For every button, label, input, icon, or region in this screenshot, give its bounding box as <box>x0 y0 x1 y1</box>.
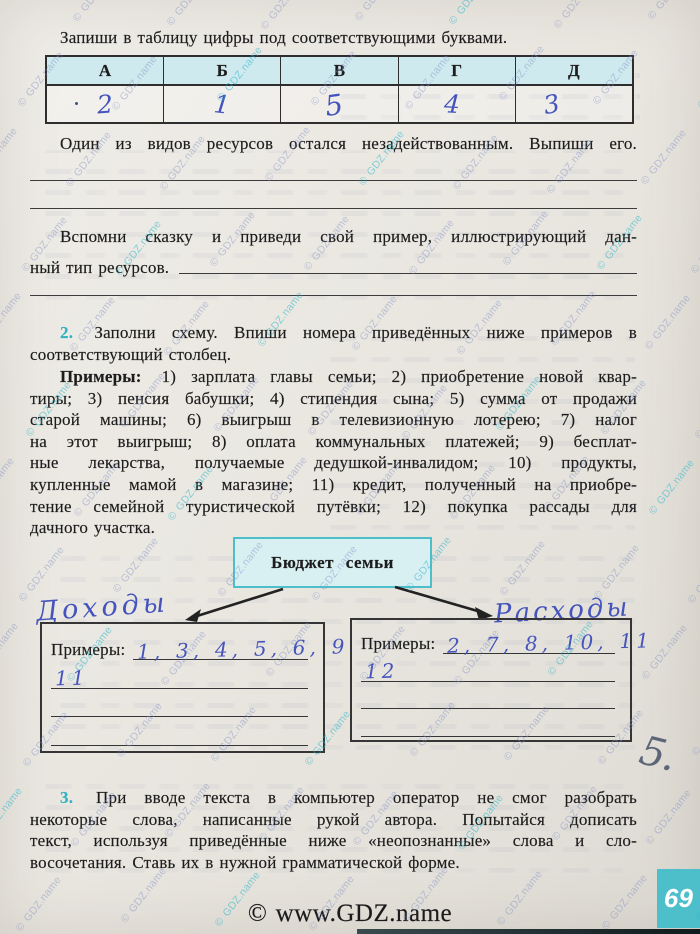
examples-text: 1) зарплата главы семьи; 2) приобретение… <box>162 367 637 386</box>
watermark-text: © GDZ.name <box>498 538 548 598</box>
scheme-root-label: Бюджет семьи <box>271 553 394 573</box>
task1-prompt-text: Запиши в таблицу цифры под соответствующ… <box>60 28 507 47</box>
watermark-text: © GDZ.name <box>696 51 700 111</box>
task1-prompt2: Один из видов ресурсов остался незадейст… <box>30 133 637 155</box>
task2-number: 2. <box>60 323 73 342</box>
task3: 3. При вводе текста в компьютер оператор… <box>30 787 637 873</box>
task3-line2: некоторые слова, написанные рукой автора… <box>30 809 637 831</box>
answer-blank-line <box>30 295 637 296</box>
answer-table-answer-cell: 5 <box>280 86 397 122</box>
income-examples-label: Примеры: <box>51 640 125 660</box>
answer-blank-line: 11 <box>51 688 308 689</box>
task2-intro-line1: 2. Заполни схему. Впиши номера приведённ… <box>30 322 637 344</box>
page-number: 69 <box>664 883 693 914</box>
task3-line1: 3. При вводе текста в компьютер оператор… <box>30 787 637 809</box>
task1-prompt: Запиши в таблицу цифры под соответствующ… <box>30 28 637 48</box>
watermark-text: © GDZ.name <box>0 785 25 845</box>
income-answer-row: 11 <box>51 660 308 689</box>
examples-line: ные лекарства, получаемые дедушкой-инвал… <box>30 452 637 474</box>
handwritten-expenses-answers: 12 <box>365 658 399 683</box>
watermark-text: © GDZ.name <box>552 0 602 31</box>
income-answer-row <box>51 689 308 718</box>
answer-table-header-cell: Б <box>163 57 280 84</box>
task1-prompt3: Вспомни сказку и приведи свой пример, ил… <box>30 226 637 278</box>
watermark-text: © GDZ.name <box>647 457 697 517</box>
task2-intro: 2. Заполни схему. Впиши номера приведённ… <box>30 322 637 365</box>
workbook-page: Запиши в таблицу цифры под соответствующ… <box>0 0 700 934</box>
answer-table-answer-row: 2 1 5 4 3 <box>47 86 632 122</box>
expenses-examples-label: Примеры: <box>361 634 435 654</box>
watermark-text: © GDZ.name <box>689 216 700 276</box>
answer-table-answer-cell: 3 <box>515 86 632 122</box>
income-answer-row <box>51 717 308 746</box>
expenses-answer-row <box>361 682 615 710</box>
watermark-text: © GDZ.name <box>693 381 700 441</box>
watermark-text: © GDZ.name <box>165 0 215 28</box>
scan-edge-strip <box>357 929 700 934</box>
watermark-text: © GDZ.name <box>353 0 403 23</box>
handwritten-answer: 2 <box>96 89 114 119</box>
answer-table-answer-cell: 2 <box>47 86 163 122</box>
answer-table-header-row: А Б В Г Д <box>47 57 632 86</box>
watermark-text: © GDZ.name <box>690 698 700 758</box>
examples-label: Примеры: <box>60 367 142 386</box>
answer-blank-line: 12 <box>361 681 615 682</box>
handwritten-income-answers: 1, 3, 4, 5, 6, 9 <box>137 634 349 664</box>
watermark-text: © GDZ.name <box>0 125 20 185</box>
watermark-text: © GDZ.name <box>0 455 17 515</box>
income-examples-row: Примеры: 1, 3, 4, 5, 6, 9 <box>51 638 308 660</box>
expenses-answer-row: 12 <box>361 654 615 682</box>
answer-table-header-cell: Г <box>398 57 515 84</box>
examples-line: тение семейной туристической путёвки; 12… <box>30 496 637 518</box>
watermark-text: © GDZ.name <box>447 0 497 27</box>
examples-line: старой машины; 6) выигрыш в телевизионну… <box>30 409 637 431</box>
answer-blank-line <box>30 180 637 181</box>
answer-table-header-cell: В <box>280 57 397 84</box>
expenses-answer-row <box>361 709 615 737</box>
answer-blank-line: 1, 3, 4, 5, 6, 9 <box>133 659 308 660</box>
examples-line: дачного участка. <box>30 517 637 539</box>
watermark-text: © GDZ.name <box>71 0 121 24</box>
task2-examples: Примеры: 1) зарплата главы семьи; 2) при… <box>30 366 637 539</box>
scheme-root-box: Бюджет семьи <box>233 537 432 588</box>
task1-prompt3-line2-text: ный тип ресурсов. <box>30 257 169 279</box>
answer-table-header-cell: Д <box>515 57 632 84</box>
task1-prompt3-line2: ный тип ресурсов. <box>30 257 637 279</box>
watermark-text: © GDZ.name <box>646 0 696 22</box>
task3-line3: текст, используя приведённые ниже «неопо… <box>30 830 637 852</box>
answer-table-header-cell: А <box>47 57 163 84</box>
watermark-text: © GDZ.name <box>0 620 21 680</box>
income-box: Примеры: 1, 3, 4, 5, 6, 9 11 <box>40 622 325 753</box>
task3-text: При вводе текста в компьютер оператор не… <box>96 788 637 807</box>
task2-intro-text: Заполни схему. Впиши номера приведённых … <box>94 323 637 342</box>
handwritten-expenses-answers: 2, 7, 8, 10, 11 <box>447 628 653 657</box>
answer-blank-line <box>51 716 308 717</box>
handwritten-income-answers: 11 <box>55 665 89 690</box>
handwritten-answer: 4 <box>443 89 461 119</box>
answer-blank-line <box>361 736 615 737</box>
page-number-badge: 69 <box>657 869 700 928</box>
ink-speck <box>75 102 78 105</box>
examples-line: на этот выигрыш; 8) оплата коммунальных … <box>30 431 637 453</box>
task2-intro-line2: соответствующий столбец. <box>30 344 637 366</box>
examples-line: купленные мамой в магазине; 11) кредит, … <box>30 474 637 496</box>
answer-blank-line: 2, 7, 8, 10, 11 <box>443 653 615 654</box>
watermark-text: © GDZ.name <box>111 535 161 595</box>
expenses-box: Примеры: 2, 7, 8, 10, 11 12 <box>350 618 632 742</box>
watermark-text: © GDZ.name <box>0 290 24 350</box>
handwritten-answer: 5 <box>322 87 344 122</box>
handwritten-grade-mark: 5. <box>635 728 679 781</box>
answer-blank-line <box>179 257 637 275</box>
answer-table-answer-cell: 4 <box>398 86 515 122</box>
task3-line4: восочетания. Ставь их в нужной грамматич… <box>30 852 637 874</box>
examples-line: тиры; 3) пенсия бабушки; 4) стипендия сы… <box>30 388 637 410</box>
site-copyright: © www.GDZ.name <box>0 900 700 928</box>
examples-line: Примеры: 1) зарплата главы семьи; 2) при… <box>30 366 637 388</box>
answer-table: А Б В Г Д 2 1 5 4 3 <box>45 55 634 124</box>
watermark-text: © GDZ.name <box>639 127 689 187</box>
watermark-text: © GDZ.name <box>644 787 694 847</box>
answer-blank-line <box>51 745 308 746</box>
task1-prompt2-text: Один из видов ресурсов остался незадейст… <box>60 134 637 153</box>
answer-blank-line <box>361 708 615 709</box>
handwritten-answer: 3 <box>541 88 562 119</box>
watermark-text: © GDZ.name <box>686 546 700 606</box>
watermark-text: © GDZ.name <box>643 292 693 352</box>
handwritten-answer: 1 <box>213 89 232 120</box>
task1-prompt3-line1: Вспомни сказку и приведи свой пример, ил… <box>30 226 637 248</box>
expenses-examples-row: Примеры: 2, 7, 8, 10, 11 <box>361 632 615 654</box>
answer-blank-line <box>30 208 637 209</box>
task3-number: 3. <box>60 788 73 807</box>
watermark-text: © GDZ.name <box>0 0 16 20</box>
answer-table-answer-cell: 1 <box>163 86 280 122</box>
